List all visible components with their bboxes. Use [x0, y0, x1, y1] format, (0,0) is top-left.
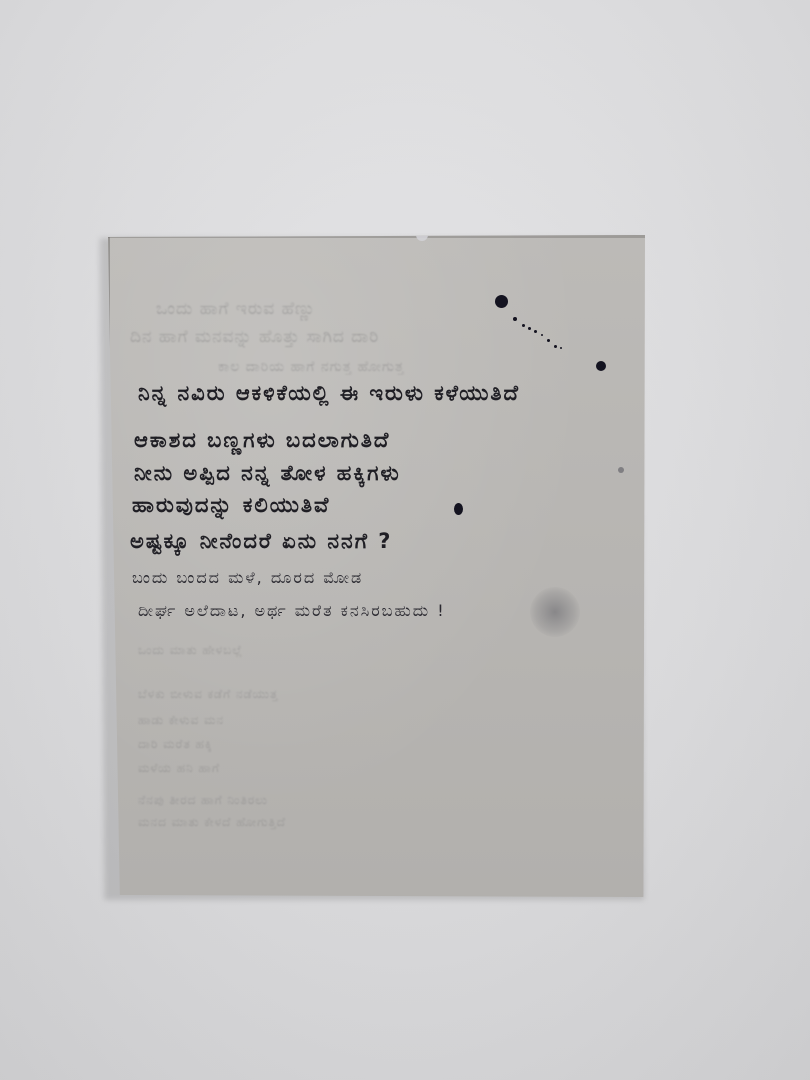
faint-line: ದಾರಿ ಮರೆತ ಹಕ್ಕಿ [138, 737, 213, 752]
faint-line: ಒಂದು ಹಾಗೆ ಇರುವ ಹೆಣ್ಣು [156, 299, 316, 319]
ink-speck [513, 317, 517, 321]
ink-speck [618, 467, 624, 473]
faint-line: ದಿನ ಹಾಗೆ ಮನವನ್ನು ಹೊತ್ತು ಸಾಗಿದ ದಾರಿ [130, 327, 379, 347]
ink-speck [534, 330, 537, 333]
pin-mark [416, 235, 428, 241]
faint-line: ಹಾಡು ಕೇಳುವ ಮನ [138, 713, 224, 728]
ink-smudge [530, 587, 580, 637]
poem-line-1: ನಿನ್ನ ನವಿರು ಆಕಳಿಕೆಯಲ್ಲಿ ಈ ಇರುಳು ಕಳೆಯುತಿದ… [138, 381, 520, 406]
faint-line: ಒಂದು ಮಾತು ಹೇಳಬಲ್ಲೆ [138, 643, 243, 658]
ink-blot [596, 361, 606, 371]
ink-speck [528, 327, 531, 330]
ink-speck [541, 334, 543, 336]
faint-line: ಮನದ ಮಾತು ಕೇಳದೆ ಹೋಗುತ್ತಿದೆ [138, 815, 286, 830]
ink-speck [554, 345, 557, 348]
ink-blot [454, 503, 463, 515]
poem-line-6: ಬಂದು ಬಂದದ ಮಳೆ, ದೂರದ ಮೋಡ [132, 568, 363, 588]
poem-line-2: ಆಕಾಶದ ಬಣ್ಣಗಳು ಬದಲಾಗುತಿದೆ [134, 428, 390, 453]
faint-line: ನೆನಪು ತೀರದ ಹಾಗೆ ನಿಂತಿರಲು [138, 793, 268, 808]
poem-paper: ಒಂದು ಹಾಗೆ ಇರುವ ಹೆಣ್ಣು ದಿನ ಹಾಗೆ ಮನವನ್ನು ಹ… [108, 235, 645, 897]
poem-line-5: ಅಷ್ಟಕ್ಕೂ ನೀನೆಂದರೆ ಏನು ನನಗೆ ? [130, 529, 392, 554]
ink-blot [495, 295, 508, 308]
poem-line-4: ಹಾರುವುದನ್ನು ಕಲಿಯುತಿವೆ [132, 493, 330, 518]
ink-speck [522, 324, 525, 327]
poem-line-7: ದೀರ್ಘ ಅಲೆದಾಟ, ಅರ್ಥ ಮರೆತ ಕನಸಿರಬಹುದು ! [138, 601, 446, 621]
faint-line: ಬೆಳಕು ಬೀಳುವ ಕಡೆಗೆ ನಡೆಯುತ್ತ [138, 687, 278, 702]
faint-line: ಕಾಲ ದಾರಿಯ ಹಾಗೆ ನಗುತ್ತ ಹೋಗುತ್ತ [218, 359, 405, 375]
faint-line: ಮಳೆಯ ಹನಿ ಹಾಗೆ [138, 761, 220, 776]
paper-top-edge [108, 235, 645, 238]
ink-speck [560, 347, 562, 349]
poem-line-3: ನೀನು ಅಪ್ಪಿದ ನನ್ನ ತೋಳ ಹಕ್ಕಿಗಳು [134, 461, 401, 486]
ink-speck [547, 339, 550, 342]
